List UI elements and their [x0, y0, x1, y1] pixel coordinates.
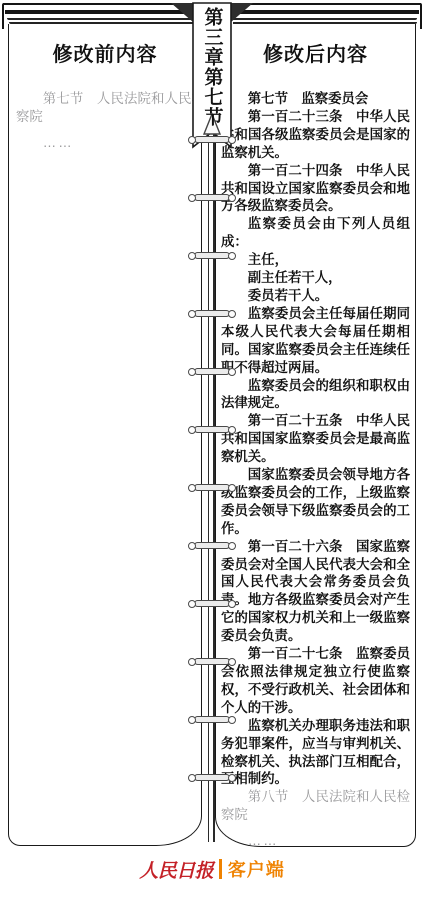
binder-ring — [188, 541, 236, 551]
curl-line — [5, 10, 193, 14]
ring-hole-left-icon — [188, 194, 196, 202]
ring-hole-left-icon — [188, 658, 196, 666]
ring-hole-right-icon — [228, 310, 236, 318]
brand-divider — [219, 859, 222, 879]
paragraph: 监察委员会由下列人员组成： — [221, 215, 410, 251]
chapter-ribbon-label: 第三章第七节 — [193, 6, 231, 128]
paragraph: 副主任若干人， — [221, 269, 410, 287]
ring-hole-right-icon — [228, 484, 236, 492]
ring-bar-icon — [194, 484, 230, 491]
ring-bar-icon — [194, 426, 230, 433]
ring-hole-left-icon — [188, 252, 196, 260]
ring-bar-icon — [194, 658, 230, 665]
ring-bar-icon — [194, 600, 230, 607]
paragraph: 第八节 人民法院和人民检察院 — [221, 788, 410, 824]
curl-edge-right — [420, 3, 422, 29]
binder-ring — [188, 193, 236, 203]
paragraph: 监察委员会主任每届任期同本级人民代表大会每届任期相同。国家监察委员会主任连续任职… — [221, 305, 410, 377]
paragraph: 第一百二十四条 中华人民共和国设立国家监察委员会和地方各级监察委员会。 — [221, 162, 410, 216]
paragraph: 监察机关办理职务违法和职务犯罪案件，应当与审判机关、检察机关、执法部门互相配合，… — [221, 717, 410, 789]
ring-hole-left-icon — [188, 774, 196, 782]
brand-product: 客户端 — [228, 856, 285, 882]
binder-ring — [188, 715, 236, 725]
ring-bar-icon — [194, 252, 230, 259]
ribbon-fold-left-icon — [171, 3, 193, 22]
paragraph: 委员若干人。 — [221, 287, 410, 305]
ring-bar-icon — [194, 310, 230, 317]
curl-line — [7, 18, 193, 20]
ring-bar-icon — [194, 716, 230, 723]
paragraph: …… — [221, 832, 410, 850]
ring-hole-left-icon — [188, 716, 196, 724]
ring-bar-icon — [194, 774, 230, 781]
ring-hole-left-icon — [188, 310, 196, 318]
binder-ring — [188, 309, 236, 319]
binder-ring — [188, 599, 236, 609]
ring-hole-right-icon — [228, 774, 236, 782]
curl-line — [231, 18, 417, 20]
ring-hole-left-icon — [188, 426, 196, 434]
curl-line — [231, 3, 421, 5]
ring-bar-icon — [194, 368, 230, 375]
ring-hole-right-icon — [228, 252, 236, 260]
ring-hole-left-icon — [188, 600, 196, 608]
paragraph: 监察委员会的组织和职权由法律规定。 — [221, 377, 410, 413]
paragraph: 第一百二十五条 中华人民共和国国家监察委员会是最高监察机关。 — [221, 412, 410, 466]
ribbon-fold-right-icon — [231, 3, 253, 22]
ring-hole-right-icon — [228, 658, 236, 666]
after-page-body: 第七节 监察委员会第一百二十三条 中华人民共和国各级监察委员会是国家的监察机关。… — [221, 90, 410, 850]
curl-line — [3, 3, 193, 5]
ring-hole-right-icon — [228, 368, 236, 376]
binder-ring — [188, 657, 236, 667]
paragraph: 第一百二十七条 监察委员会依照法律规定独立行使监察权，不受行政机关、社会团体和个… — [221, 645, 410, 717]
ring-hole-right-icon — [228, 600, 236, 608]
ring-hole-right-icon — [228, 426, 236, 434]
ring-hole-left-icon — [188, 368, 196, 376]
binder-ring — [188, 483, 236, 493]
ring-hole-right-icon — [228, 136, 236, 144]
binder-ring — [188, 773, 236, 783]
ring-hole-right-icon — [228, 542, 236, 550]
binder-ring — [188, 367, 236, 377]
footer-logo: 人民日报 客户端 — [0, 854, 424, 884]
ring-bar-icon — [194, 194, 230, 201]
paragraph: 第一百二十六条 国家监察委员会对全国人民代表大会和全国人民代表大会常务委员会负责… — [221, 538, 410, 645]
binder-ring — [188, 425, 236, 435]
ring-hole-left-icon — [188, 542, 196, 550]
curl-edge-left — [2, 3, 4, 29]
ring-hole-left-icon — [188, 136, 196, 144]
curl-line — [231, 10, 419, 14]
ring-bar-icon — [194, 136, 230, 143]
ring-hole-right-icon — [228, 716, 236, 724]
paragraph: 主任， — [221, 251, 410, 269]
infographic-canvas: 修改前内容 第七节 人民法院和人民检察院…… 修改后内容 第七节 监察委员会第一… — [0, 0, 424, 900]
binder-ring — [188, 135, 236, 145]
binder-ring — [188, 251, 236, 261]
ring-hole-right-icon — [228, 194, 236, 202]
ring-hole-left-icon — [188, 484, 196, 492]
paragraph: 国家监察委员会领导地方各级监察委员会的工作，上级监察委员会领导下级监察委员会的工… — [221, 466, 410, 538]
brand-name: 人民日报 — [139, 856, 213, 883]
ring-bar-icon — [194, 542, 230, 549]
